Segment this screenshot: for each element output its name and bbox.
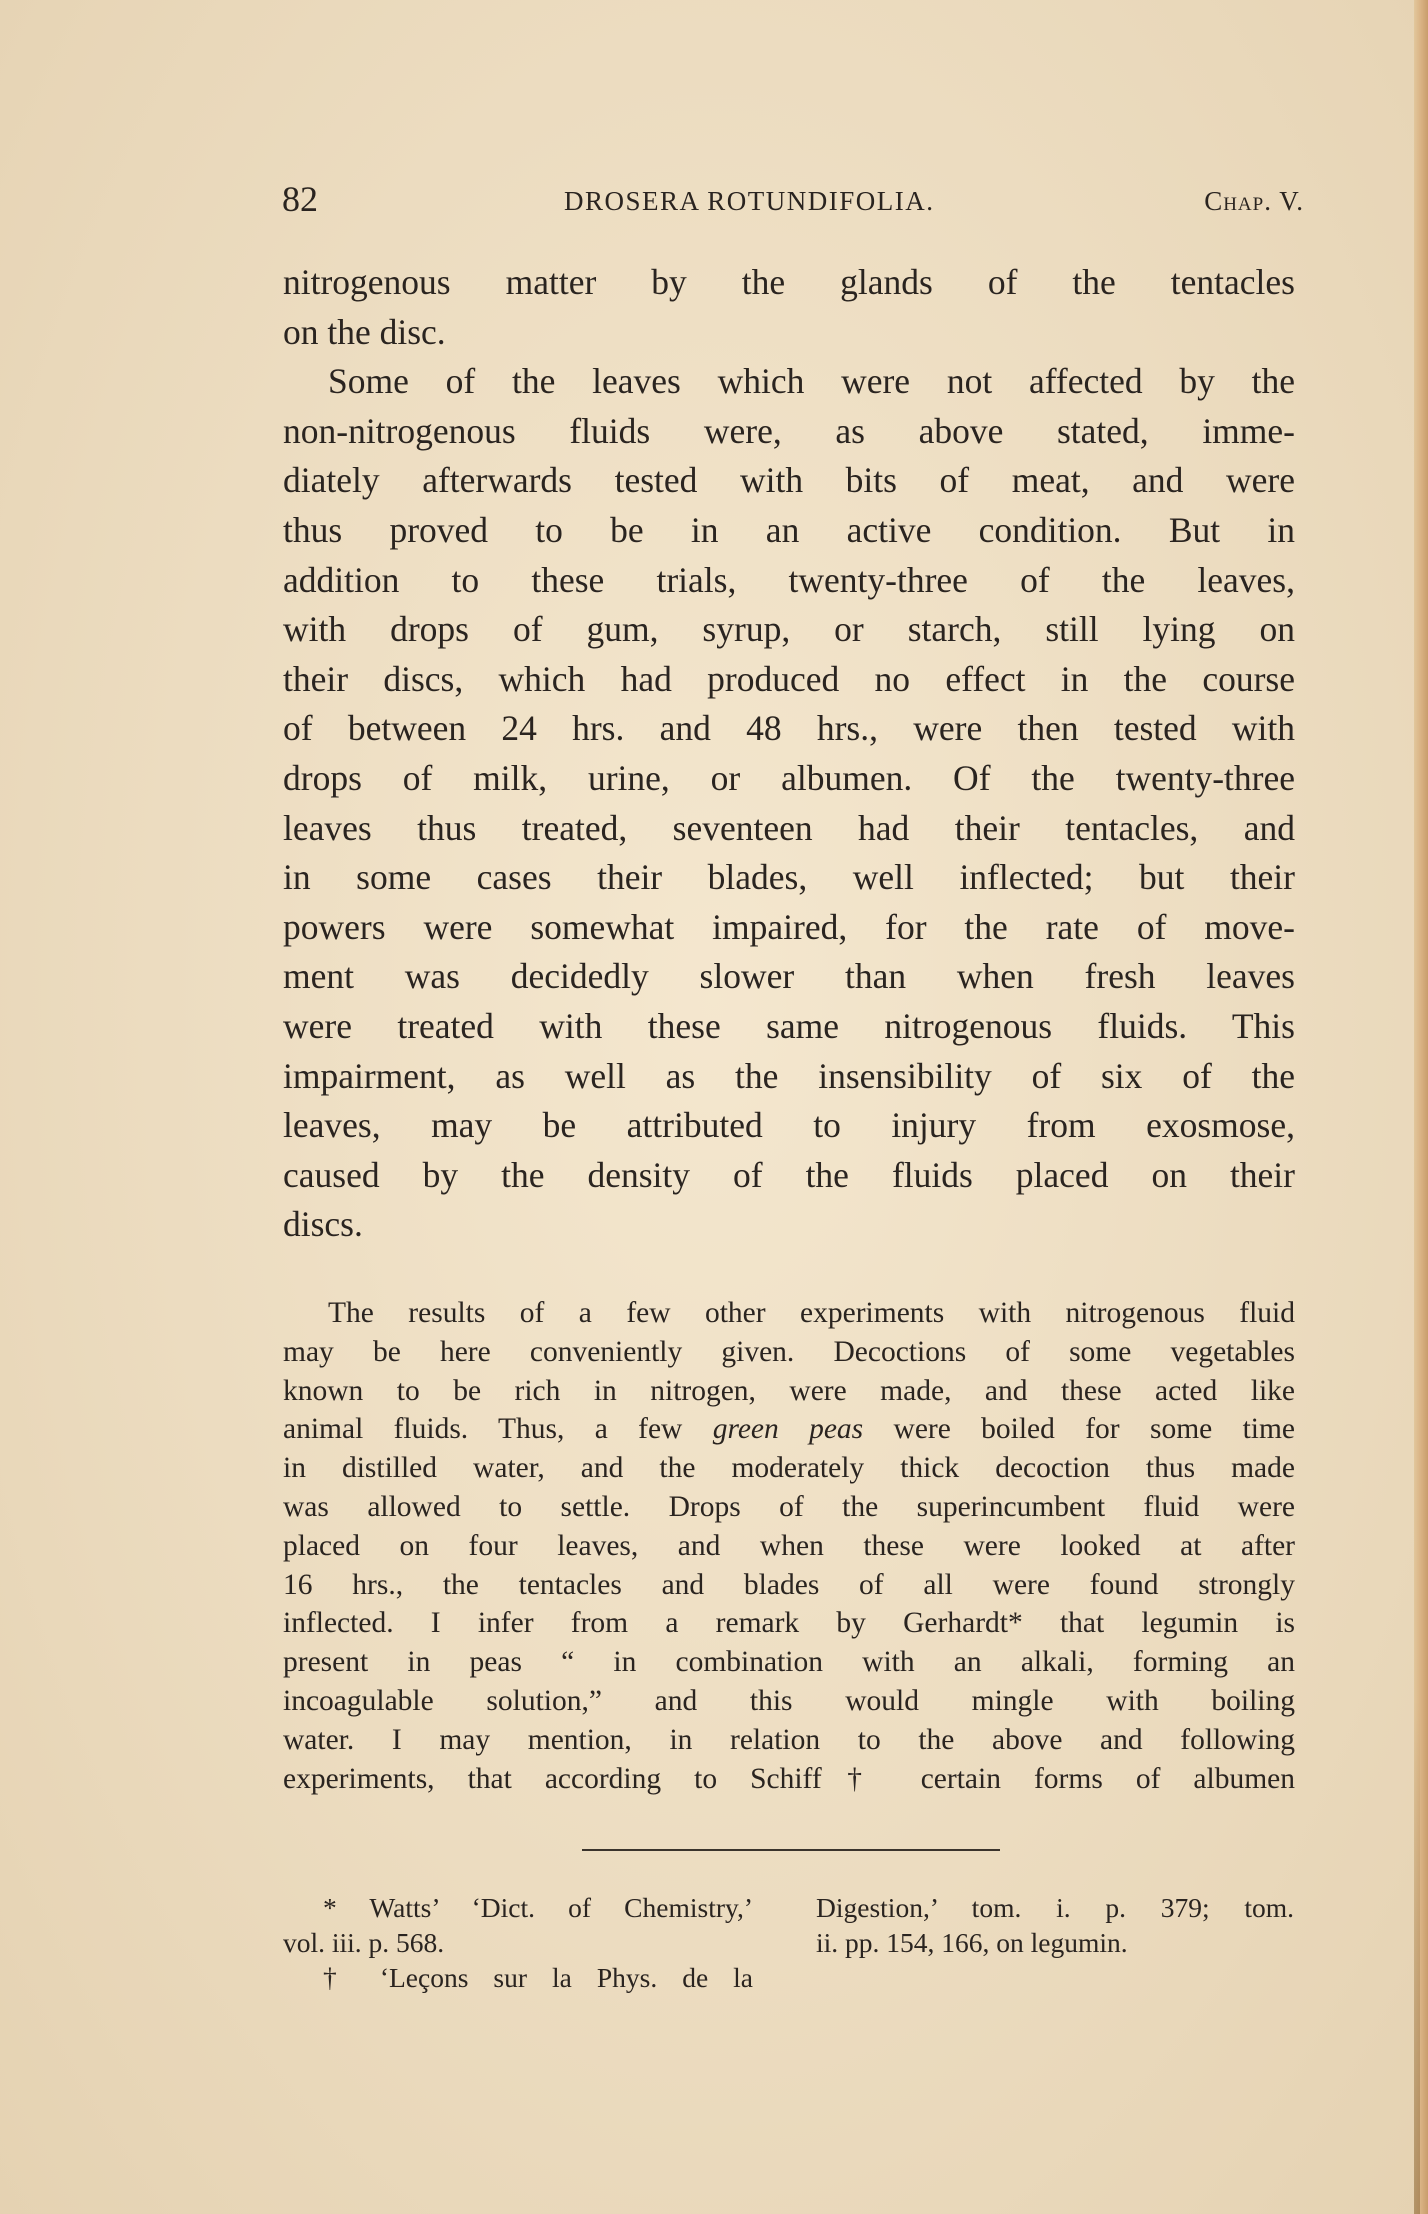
text-line: of between 24 hrs. and 48 hrs., were the… xyxy=(283,704,1295,754)
text-line: known to be rich in nitrogen, were made,… xyxy=(283,1372,1295,1411)
text-line: incoagulable solution,” and this would m… xyxy=(283,1682,1295,1721)
text-line: thus proved to be in an active condition… xyxy=(283,506,1295,556)
text-segment: were boiled for some time xyxy=(894,1413,1296,1445)
text-line: caused by the density of the fluids plac… xyxy=(283,1151,1295,1201)
text-line: may be here conveniently given. Decoctio… xyxy=(283,1333,1295,1372)
text-line: on the disc. xyxy=(283,308,1295,358)
text-line: addition to these trials, twenty-three o… xyxy=(283,556,1295,606)
text-line: in distilled water, and the moderately t… xyxy=(283,1449,1295,1488)
text-line: animal fluids. Thus, a few green peas we… xyxy=(283,1410,1295,1449)
italic-term: green peas xyxy=(713,1413,863,1445)
text-line: leaves thus treated, seventeen had their… xyxy=(283,804,1295,854)
footnote-line: * Watts’ ‘Dict. of Chemistry,’ xyxy=(283,1890,753,1925)
running-head: 82 DROSERA ROTUNDIFOLIA. Chap. V. xyxy=(282,178,1304,224)
running-title: DROSERA ROTUNDIFOLIA. xyxy=(564,186,935,217)
text-line: The results of a few other experiments w… xyxy=(283,1294,1295,1333)
main-text: nitrogenous matter by the glands of the … xyxy=(283,258,1295,1250)
text-line: inflected. I infer from a remark by Gerh… xyxy=(283,1604,1295,1643)
text-line: were treated with these same nitrogenous… xyxy=(283,1002,1295,1052)
text-line: in some cases their blades, well inflect… xyxy=(283,853,1295,903)
footnote-line: Digestion,’ tom. i. p. 379; tom. xyxy=(816,1890,1294,1925)
footnote-line: vol. iii. p. 568. xyxy=(283,1925,753,1960)
text-line: Some of the leaves which were not affect… xyxy=(283,357,1295,407)
text-line: present in peas “ in combination with an… xyxy=(283,1643,1295,1682)
text-line: impairment, as well as the insensibility… xyxy=(283,1052,1295,1102)
footnote-line: † ‘Leçons sur la Phys. de la xyxy=(283,1960,753,1995)
text-line: nitrogenous matter by the glands of the … xyxy=(283,258,1295,308)
text-line: placed on four leaves, and when these we… xyxy=(283,1527,1295,1566)
chapter-label: Chap. V. xyxy=(1204,186,1304,217)
text-line: discs. xyxy=(283,1200,1295,1250)
text-line: non-nitrogenous fluids were, as above st… xyxy=(283,407,1295,457)
text-line: ment was decidedly slower than when fres… xyxy=(283,952,1295,1002)
text-line: water. I may mention, in relation to the… xyxy=(283,1721,1295,1760)
page-number: 82 xyxy=(282,178,318,220)
text-line: drops of milk, urine, or albumen. Of the… xyxy=(283,754,1295,804)
text-line: diately afterwards tested with bits of m… xyxy=(283,456,1295,506)
footnotes-left-column: * Watts’ ‘Dict. of Chemistry,’ vol. iii.… xyxy=(283,1890,753,1995)
text-line: with drops of gum, syrup, or starch, sti… xyxy=(283,605,1295,655)
footnote-divider xyxy=(582,1849,1000,1851)
small-print-paragraph: The results of a few other experiments w… xyxy=(283,1294,1295,1798)
footnote-line: ii. pp. 154, 166, on legumin. xyxy=(816,1925,1294,1960)
footnotes-right-column: Digestion,’ tom. i. p. 379; tom. ii. pp.… xyxy=(816,1890,1294,1960)
text-line: powers were somewhat impaired, for the r… xyxy=(283,903,1295,953)
book-page: 82 DROSERA ROTUNDIFOLIA. Chap. V. nitrog… xyxy=(0,0,1428,2214)
text-line: 16 hrs., the tentacles and blades of all… xyxy=(283,1566,1295,1605)
page-edge-shadow xyxy=(1414,1700,1420,2214)
text-segment: animal fluids. Thus, a few xyxy=(283,1413,682,1445)
text-line: was allowed to settle. Drops of the supe… xyxy=(283,1488,1295,1527)
text-line: their discs, which had produced no effec… xyxy=(283,655,1295,705)
text-line: experiments, that according to Schiff† c… xyxy=(283,1760,1295,1799)
text-line: leaves, may be attributed to injury from… xyxy=(283,1101,1295,1151)
